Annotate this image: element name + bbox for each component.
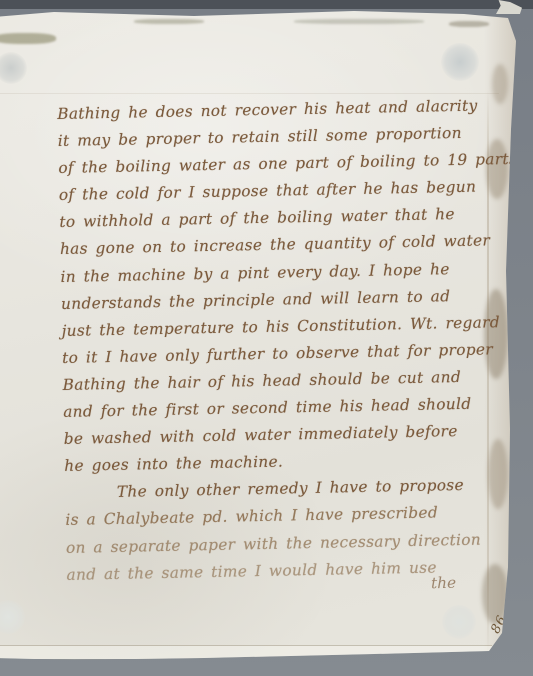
edge-smudge bbox=[486, 139, 508, 199]
damp-stain-bottom-left bbox=[0, 600, 25, 634]
manuscript-scan: { "document": { "type": "handwritten man… bbox=[0, 0, 533, 676]
bottom-fold-highlight bbox=[0, 646, 492, 664]
damp-stain-top-right bbox=[441, 43, 479, 81]
top-edge-stain bbox=[294, 19, 424, 24]
paper-page: Bathing he does not recover his heat and… bbox=[0, 9, 518, 659]
scan-background-top-band bbox=[0, 0, 533, 9]
damp-stain-top-left bbox=[0, 52, 27, 84]
top-edge-stain bbox=[134, 19, 204, 24]
edge-smudge bbox=[492, 64, 508, 104]
handwriting-text-block: Bathing he does not recover his heat and… bbox=[57, 92, 497, 588]
damp-stain-bottom-right bbox=[442, 605, 476, 639]
top-edge-stain bbox=[0, 33, 56, 44]
top-edge-stain bbox=[449, 21, 489, 27]
catchword: the bbox=[431, 574, 456, 592]
